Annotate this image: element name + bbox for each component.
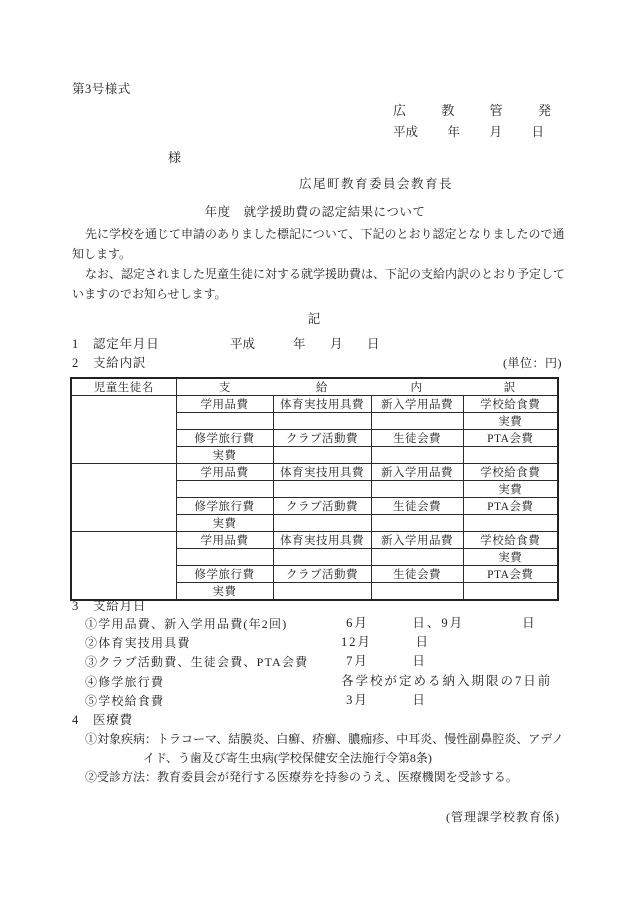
fee-label-cell: 実費: [463, 549, 558, 566]
schedule-item-value: 6月 日、9月 日: [341, 616, 537, 630]
student-name-cell: [71, 532, 176, 601]
fee-label-cell: 学校給食費: [463, 464, 558, 481]
schedule-item-label: ②体育実技用具費: [85, 636, 191, 650]
body-paragraph2-line1: なお、認定されました児童生徒に対する就学援助費は、下記の支給内訳のとおり予定して: [85, 267, 565, 281]
section1-label: 認定年月日: [93, 337, 160, 351]
era-label: 平成: [393, 125, 418, 139]
fee-label-cell: 体育実技用具費: [273, 464, 371, 481]
year-label: 年: [447, 125, 460, 139]
doc-code-char: 管: [490, 104, 503, 118]
fee-label-cell: 修学旅行費: [176, 566, 273, 583]
schedule-item-label: ③クラブ活動費、生徒会費、PTA会費: [85, 655, 308, 669]
fee-amount-cell: [176, 481, 273, 498]
section2-label: 支給内訳: [93, 356, 146, 370]
body-paragraph1-line1: 先に学校を通じて申請のありました標記について、下記のとおり認定となりましたので通: [85, 227, 565, 241]
fee-label-cell: 生徒会費: [371, 566, 463, 583]
medical-diseases-line2: イド、う歯及び寄生虫病(学校保健安全法施行令第8条): [143, 751, 432, 765]
month-label: 月: [330, 337, 343, 351]
fee-amount-cell: [463, 515, 558, 532]
fee-label-cell: 生徒会費: [371, 498, 463, 515]
doc-code-char: 教: [441, 104, 454, 118]
fee-amount-cell: [371, 481, 463, 498]
fee-label-cell: 新入学用品費: [371, 396, 463, 413]
fee-label-cell: PTA会費: [463, 498, 558, 515]
fee-label-cell: 新入学用品費: [371, 532, 463, 549]
medical-procedure-line: ②受診方法：教育委員会が発行する医療券を持参のうえ、医療機関を受診する。: [85, 770, 518, 784]
fee-label-cell: クラブ活動費: [273, 566, 371, 583]
unit-note: (単位：円): [503, 356, 562, 370]
issue-date-line: 平成 年 月 日: [393, 125, 544, 139]
fee-label-cell: 学用品費: [176, 396, 273, 413]
day-label: 日: [367, 337, 380, 351]
fee-label-cell: 新入学用品費: [371, 464, 463, 481]
fee-amount-cell: [273, 413, 371, 430]
student-name-cell: [71, 396, 176, 464]
fee-label-cell: 生徒会費: [371, 430, 463, 447]
doc-code-char: 発: [538, 104, 551, 118]
fee-amount-cell: [176, 549, 273, 566]
fee-label-cell: 学用品費: [176, 464, 273, 481]
fee-amount-cell: [273, 583, 371, 601]
table-header-breakdown-char: 支: [177, 379, 274, 395]
fee-label-cell: 学校給食費: [463, 396, 558, 413]
fee-label-cell: 実費: [463, 413, 558, 430]
fee-label-cell: 実費: [176, 515, 273, 532]
fee-amount-cell: [371, 447, 463, 464]
schedule-item-value: 7月 日: [341, 654, 427, 668]
footer-note: (管理課学校教育係): [446, 810, 560, 824]
fee-label-cell: 修学旅行費: [176, 498, 273, 515]
fee-label-cell: 学校給食費: [463, 532, 558, 549]
table-header-breakdown: 支給内訳: [176, 378, 558, 396]
fee-amount-cell: [371, 583, 463, 601]
fee-label-cell: 修学旅行費: [176, 430, 273, 447]
table-header-breakdown-char: 訳: [462, 379, 557, 395]
fee-amount-cell: [463, 583, 558, 601]
body-paragraph2-line2: いますのでお知らせします。: [72, 287, 227, 301]
body-paragraph1-line2: 知します。: [72, 247, 131, 261]
fee-amount-cell: [463, 447, 558, 464]
section4-label: 医療費: [93, 713, 133, 727]
era-label: 平成: [230, 337, 255, 351]
table-header-breakdown-char: 給: [273, 379, 371, 395]
table-header-breakdown-char: 内: [371, 379, 463, 395]
section3-label: 支給月日: [93, 599, 146, 613]
fee-amount-cell: [273, 447, 371, 464]
schedule-item-value: 3月 日: [341, 693, 427, 707]
doc-code: 広 教 管 発: [393, 104, 551, 118]
schedule-item-label: ④修学旅行費: [85, 675, 164, 689]
student-name-cell: [71, 464, 176, 532]
section1-number: 1: [72, 337, 78, 351]
fee-amount-cell: [273, 481, 371, 498]
section3-number: 3: [72, 599, 78, 613]
table-header-student-name: 児童生徒名: [71, 378, 176, 396]
fee-label-cell: 学用品費: [176, 532, 273, 549]
fee-label-cell: PTA会費: [463, 566, 558, 583]
fee-amount-cell: [273, 515, 371, 532]
fee-label-cell: 体育実技用具費: [273, 396, 371, 413]
form-number: 第3号様式: [72, 82, 131, 96]
month-label: 月: [489, 125, 502, 139]
fee-label-cell: クラブ活動費: [273, 430, 371, 447]
ki-marker: 記: [0, 312, 630, 326]
schedule-item-label: ①学用品費、新入学用品費(年2回): [85, 617, 287, 631]
schedule-item-value: 各学校が定める納入期限の7日前: [341, 674, 552, 688]
fee-label-cell: クラブ活動費: [273, 498, 371, 515]
document-page: 第3号様式 広 教 管 発 平成 年 月 日 様 広尾町教育委員会教育長 年度 …: [0, 0, 630, 916]
fee-label-cell: PTA会費: [463, 430, 558, 447]
sender-title: 広尾町教育委員会教育長: [299, 177, 453, 191]
benefits-table: 児童生徒名支給内訳学用品費体育実技用具費新入学用品費学校給食費実費修学旅行費クラ…: [70, 377, 559, 601]
fee-amount-cell: [273, 549, 371, 566]
addressee-suffix: 様: [168, 151, 181, 165]
doc-title: 年度 就学援助費の認定結果について: [0, 205, 630, 219]
section2-number: 2: [72, 356, 78, 370]
year-label: 年: [293, 337, 306, 351]
schedule-item-label: ⑤学校給食費: [85, 694, 164, 708]
benefits-table-wrap: 児童生徒名支給内訳学用品費体育実技用具費新入学用品費学校給食費実費修学旅行費クラ…: [70, 377, 559, 601]
day-label: 日: [531, 125, 544, 139]
fee-label-cell: 実費: [463, 481, 558, 498]
fee-label-cell: 実費: [176, 447, 273, 464]
fee-label-cell: 実費: [176, 583, 273, 601]
fee-amount-cell: [371, 515, 463, 532]
schedule-item-value: 12月 日: [341, 635, 430, 649]
medical-diseases-line1: ①対象疾病：トラコーマ、結膜炎、白癬、疥癬、膿痂疹、中耳炎、慢性副鼻腔炎、アデノ: [85, 732, 563, 746]
fee-amount-cell: [176, 413, 273, 430]
fee-amount-cell: [371, 413, 463, 430]
fee-label-cell: 体育実技用具費: [273, 532, 371, 549]
fee-amount-cell: [371, 549, 463, 566]
section4-number: 4: [72, 713, 78, 727]
doc-code-char: 広: [393, 104, 406, 118]
